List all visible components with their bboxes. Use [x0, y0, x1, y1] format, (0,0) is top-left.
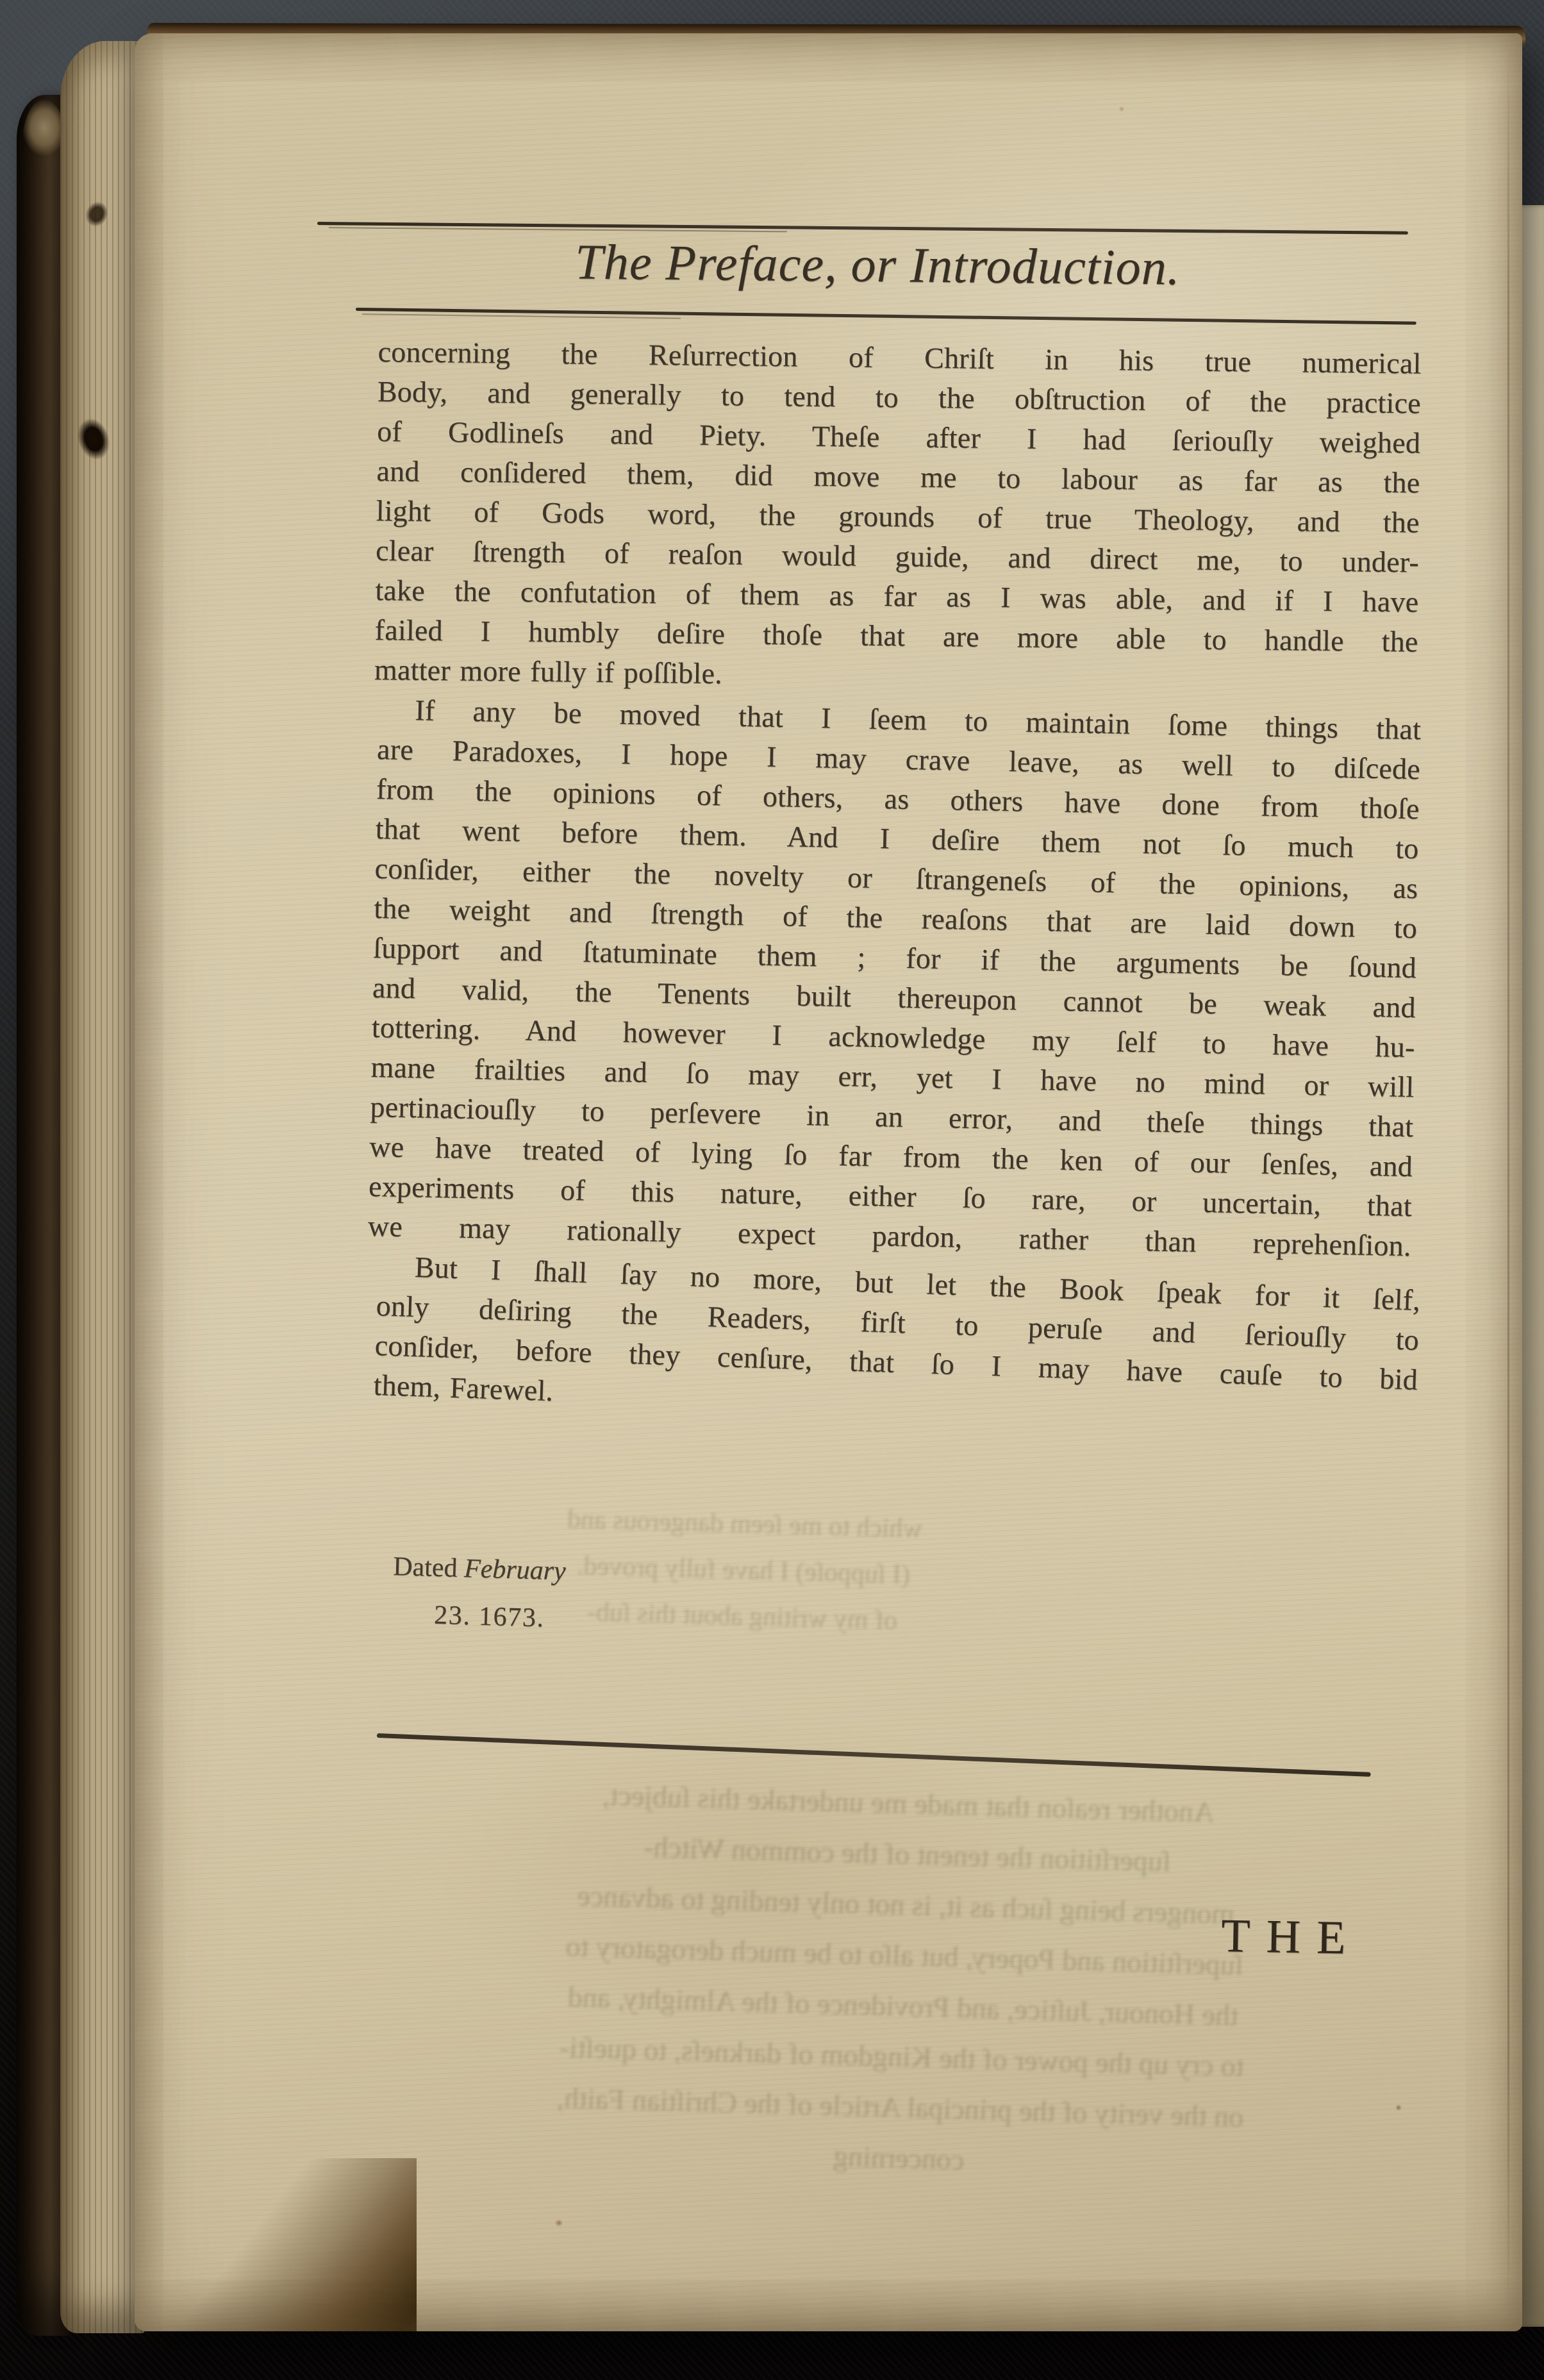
bleedthrough-line: the Honour, Juſtice, and Providence of t…	[332, 1965, 1474, 2047]
bleedthrough-line: on the verity of the principal Article o…	[329, 2066, 1472, 2149]
dateline-day-year: 23. 1673.	[392, 1599, 565, 1635]
dateline-month: February	[463, 1554, 566, 1586]
bleedthrough-line: to cry up the power of the Kingdom of da…	[331, 2015, 1473, 2098]
page-crease	[1507, 49, 1509, 2318]
footer-rule	[377, 1733, 1371, 1777]
bleedthrough-line: Another reaſon that made me undertake th…	[338, 1762, 1480, 1845]
bleedthrough-line: concerning	[328, 2117, 1470, 2199]
book-page: which to me ſeem dangerous and (I ſuppoſ…	[135, 33, 1522, 2331]
wormhole	[81, 198, 112, 230]
dateline: Dated February 23. 1673.	[392, 1551, 567, 1634]
body-text: concerning the Reſurrection of Chriſt in…	[378, 332, 1422, 1405]
dateline-prefix: Dated February	[393, 1552, 567, 1586]
page-heading: The Preface, or Introduction.	[345, 231, 1410, 299]
paragraph: But I ſhall ſay no more, but let the Boo…	[373, 1246, 1421, 1440]
book-photo-scene: which to me ſeem dangerous and (I ſuppoſ…	[0, 0, 1544, 2380]
header-rule-bottom	[356, 308, 1416, 325]
bleedthrough-text: Another reaſon that made me undertake th…	[328, 1762, 1480, 2199]
bleedthrough-line: ſuperſtition the tenent of the common Wi…	[336, 1813, 1479, 1895]
dateline-word: Dated	[393, 1552, 458, 1583]
paragraph: concerning the Reſurrection of Chriſt in…	[374, 332, 1422, 701]
paragraph: If any be moved that I ſeem to maintain …	[367, 690, 1421, 1266]
wormhole	[72, 414, 115, 464]
bleedthrough-line: which to me ſeem dangerous and	[436, 1493, 1053, 1556]
catchword: THE	[1221, 1909, 1363, 1966]
page-corner-damage	[135, 2158, 417, 2331]
page-edges	[60, 41, 145, 2333]
